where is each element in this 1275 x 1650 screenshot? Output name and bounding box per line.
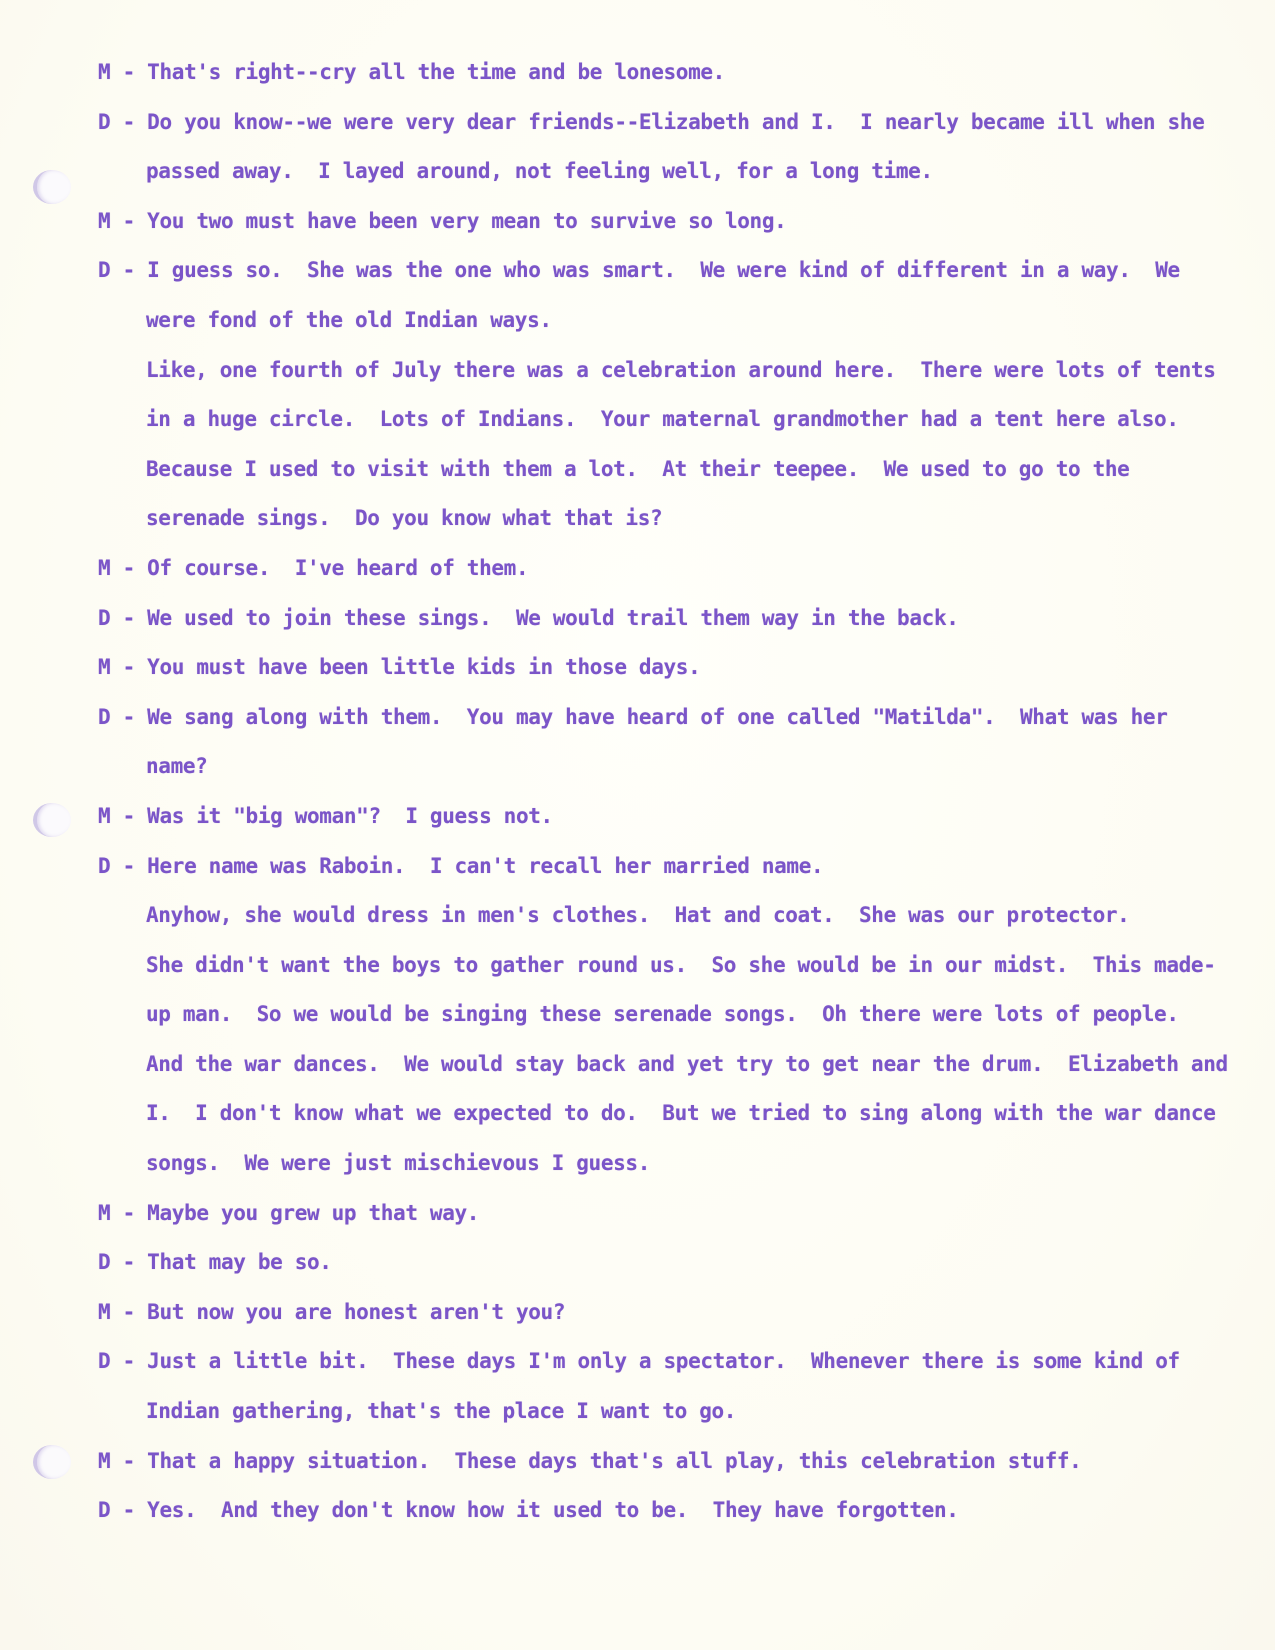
line-text: Maybe you grew up that way. [135,1201,479,1225]
line-text: We used to join these sings. We would tr… [135,606,959,630]
speaker-label: D - [98,1337,135,1387]
transcript-line: D - Here name was Raboin. I can't recall… [98,842,1228,892]
line-text: Of course. I've heard of them. [135,556,528,580]
transcript-line: M - That's right--cry all the time and b… [98,48,1228,98]
transcript-continuation-line: songs. We were just mischievous I guess. [98,1139,1228,1189]
line-text: songs. We were just mischievous I guess. [146,1151,650,1175]
line-text: Yes. And they don't know how it used to … [135,1498,959,1522]
speaker-label: D - [98,842,135,892]
line-text: Because I used to visit with them a lot.… [146,457,1129,481]
transcript-line: M - But now you are honest aren't you? [98,1288,1228,1338]
line-text: Anyhow, she would dress in men's clothes… [146,903,1129,927]
transcript-body: M - That's right--cry all the time and b… [98,48,1228,1536]
transcript-continuation-line: in a huge circle. Lots of Indians. Your … [98,395,1228,445]
speaker-label: D - [98,246,135,296]
line-text: Just a little bit. These days I'm only a… [135,1349,1180,1373]
line-text: in a huge circle. Lots of Indians. Your … [146,407,1179,431]
line-text: Indian gathering, that's the place I wan… [146,1399,736,1423]
transcript-continuation-line: Like, one fourth of July there was a cel… [98,346,1228,396]
punch-hole-icon [33,170,71,204]
transcript-continuation-line: She didn't want the boys to gather round… [98,941,1228,991]
transcript-line: M - Of course. I've heard of them. [98,544,1228,594]
line-text: Was it "big woman"? I guess not. [135,804,553,828]
transcript-line: D - Yes. And they don't know how it used… [98,1486,1228,1536]
transcript-line: M - That a happy situation. These days t… [98,1437,1228,1487]
transcript-line: D - I guess so. She was the one who was … [98,246,1228,296]
transcript-continuation-line: up man. So we would be singing these ser… [98,990,1228,1040]
punch-hole-icon [33,1445,71,1479]
line-text: You two must have been very mean to surv… [135,209,787,233]
line-text: were fond of the old Indian ways. [146,308,552,332]
line-text: passed away. I layed around, not feeling… [146,159,933,183]
speaker-label: D - [98,594,135,644]
speaker-label: M - [98,643,135,693]
punch-hole-icon [33,803,71,837]
line-text: She didn't want the boys to gather round… [146,953,1216,977]
line-text: That's right--cry all the time and be lo… [135,60,725,84]
transcript-continuation-line: Anyhow, she would dress in men's clothes… [98,891,1228,941]
line-text: I guess so. She was the one who was smar… [135,258,1180,282]
speaker-label: M - [98,792,135,842]
transcript-continuation-line: name? [98,742,1228,792]
line-text: name? [146,754,207,778]
line-text: I. I don't know what we expected to do. … [146,1101,1216,1125]
transcript-line: D - Just a little bit. These days I'm on… [98,1337,1228,1387]
transcript-line: D - That may be so. [98,1238,1228,1288]
speaker-label: M - [98,1437,135,1487]
line-text: serenade sings. Do you know what that is… [146,506,662,530]
transcript-line: M - Was it "big woman"? I guess not. [98,792,1228,842]
transcript-continuation-line: passed away. I layed around, not feeling… [98,147,1228,197]
transcript-line: D - Do you know--we were very dear frien… [98,98,1228,148]
speaker-label: D - [98,98,135,148]
speaker-label: M - [98,1288,135,1338]
speaker-label: M - [98,1189,135,1239]
transcript-line: M - You must have been little kids in th… [98,643,1228,693]
line-text: Here name was Raboin. I can't recall her… [135,854,823,878]
transcript-line: M - You two must have been very mean to … [98,197,1228,247]
transcript-line: M - Maybe you grew up that way. [98,1189,1228,1239]
document-page: M - That's right--cry all the time and b… [0,0,1275,1650]
transcript-continuation-line: And the war dances. We would stay back a… [98,1040,1228,1090]
transcript-line: D - We used to join these sings. We woul… [98,594,1228,644]
speaker-label: D - [98,1238,135,1288]
speaker-label: M - [98,197,135,247]
transcript-continuation-line: I. I don't know what we expected to do. … [98,1089,1228,1139]
transcript-line: D - We sang along with them. You may hav… [98,693,1228,743]
line-text: That may be so. [135,1250,332,1274]
speaker-label: D - [98,693,135,743]
transcript-continuation-line: Because I used to visit with them a lot.… [98,445,1228,495]
line-text: up man. So we would be singing these ser… [146,1002,1179,1026]
line-text: You must have been little kids in those … [135,655,700,679]
speaker-label: M - [98,48,135,98]
transcript-continuation-line: were fond of the old Indian ways. [98,296,1228,346]
speaker-label: M - [98,544,135,594]
speaker-label: D - [98,1486,135,1536]
line-text: Like, one fourth of July there was a cel… [146,358,1216,382]
line-text: And the war dances. We would stay back a… [146,1052,1228,1076]
line-text: But now you are honest aren't you? [135,1300,565,1324]
line-text: We sang along with them. You may have he… [135,705,1168,729]
transcript-continuation-line: serenade sings. Do you know what that is… [98,494,1228,544]
line-text: That a happy situation. These days that'… [135,1449,1082,1473]
transcript-continuation-line: Indian gathering, that's the place I wan… [98,1387,1228,1437]
line-text: Do you know--we were very dear friends--… [135,110,1205,134]
